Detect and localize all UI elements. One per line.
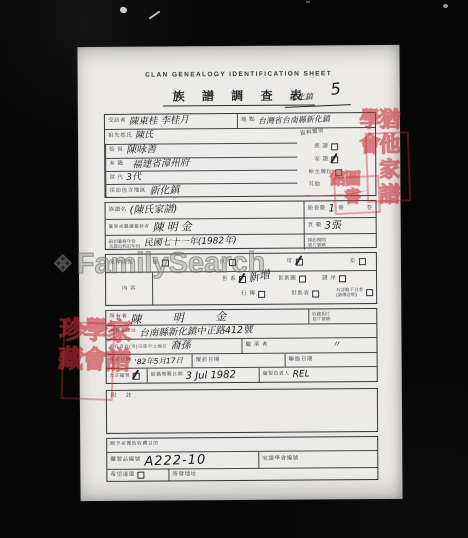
contents-table-label: 世系表: [291, 291, 309, 297]
interviewee-label: 受訪者: [108, 119, 126, 125]
first-ancestor-value: 陳咏善: [126, 145, 156, 156]
location-value: 台灣省台南縣新化鎮: [258, 115, 330, 125]
material-type-label: 資料類別: [300, 129, 325, 138]
return-request-label: 希望退還: [110, 472, 134, 478]
filmer-cell: 攝製負責人 REL: [259, 367, 377, 383]
film-note-cell: 採訪期間 底片號碼: [304, 234, 376, 250]
film-id-value: A222-10: [144, 453, 206, 468]
interviewee-value: 陳東桂 李桂月: [129, 116, 189, 127]
contents-preface-label: 譜 序: [322, 276, 336, 282]
purpose-label: 贈予並獲致收藏目的: [110, 443, 159, 448]
document-paper: CLAN GENEALOGY IDENTIFICATION SHEET 族 譜 …: [77, 45, 402, 501]
pages-label: 頁 數: [308, 223, 322, 229]
contents-variant-checkbox: [366, 289, 373, 296]
owner-address-cell: 所有者住址 台南縣新化鎮中正路412號: [106, 324, 376, 339]
right-lower-red-seal: 圖書館: [328, 170, 358, 212]
material-option-zupu-checkbox: [331, 143, 338, 150]
film-id-label: 攝製品編號: [110, 458, 141, 464]
revisit-date-cell: 覆訪日期: [192, 354, 285, 368]
interview-date-value: '82年5月17日: [134, 357, 183, 366]
generations-label: 世 代: [109, 175, 123, 181]
area-row: 採訪包含地區 新化鎮: [105, 183, 297, 198]
microfilm-date-cell: 縮攝複覈日期 3 Jul 1982: [147, 368, 259, 384]
surname-row: 祖先姓氏 陳氏: [105, 129, 297, 144]
owner-name-cell: 所有者 陳 明 金: [106, 310, 308, 325]
contents-chart-checkbox: [299, 276, 306, 283]
contents-biography-checkbox: [258, 291, 265, 298]
footer-table: 贈予並獲致收藏目的 攝製品編號 A222-10 家譜學會編號 希望退還 寄發地: [106, 436, 378, 482]
left-red-seal: 家譜學會珍藏: [55, 316, 129, 404]
document-title: 族 譜 調 查 表: [78, 86, 400, 107]
document-english-title: CLAN GENEALOGY IDENTIFICATION SHEET: [78, 70, 400, 79]
contents-label: 內 容: [122, 286, 136, 292]
mailing-address-cell: 寄發地址: [168, 468, 377, 480]
genealogy-title-label: 族譜名: [109, 208, 127, 214]
location-cell: 地 點 台灣省台南縣新化鎮: [237, 113, 375, 128]
owner-info-table: 所有者 陳 明 金 收藏相片 底片號碼 所有者住址 台南縣新化鎮中正路412號: [105, 308, 378, 384]
familysearch-watermark: ❖FamilySearch: [53, 247, 266, 281]
scan-artifact: [306, 1, 310, 3]
surname-value: 陳氏: [135, 132, 153, 142]
compiler-cell: 纂修或繼續纂修者 陳明金: [106, 219, 304, 235]
return-request-cell: 希望退還: [107, 470, 168, 481]
purpose-cell: 贈予並獲致收藏目的: [107, 437, 377, 452]
return-request-checkbox: [138, 472, 145, 479]
familysearch-logo-icon: ❖: [53, 251, 73, 276]
owner-name-value: 陳 明 金: [130, 310, 240, 325]
condition-poor-label: 差: [350, 259, 356, 265]
contents-preface-checkbox: [339, 275, 346, 282]
origin-label: 本 籍: [109, 162, 123, 168]
compiler-label: 纂修或繼續纂修者: [109, 225, 150, 230]
filmer-value: REL: [293, 370, 310, 380]
heir-label: 繼 承 者: [245, 343, 268, 349]
society-id-cell: 家譜學會編號: [258, 451, 377, 468]
condition-poor-checkbox: [359, 258, 366, 265]
first-ancestor-label: 始 祖: [109, 148, 123, 154]
heir-value: 〃: [331, 341, 340, 350]
volumes-label: 冊卷數: [308, 207, 326, 213]
generations-value: 3代: [127, 173, 142, 182]
owner-photo-cell: 收藏相片 底片號碼: [308, 309, 376, 323]
material-option-jiapu-label: 家 譜: [314, 157, 328, 163]
contents-variant-label-line2: (請備註明): [336, 292, 363, 297]
scan-artifact: [149, 10, 161, 19]
microfilm-date-value: 3 Jul 1982: [186, 370, 237, 382]
microfilm-date-label: 縮攝複覈日期: [151, 373, 183, 378]
familysearch-watermark-text: FamilySearch: [77, 247, 266, 280]
pages-cell: 頁 數 3張: [304, 218, 376, 234]
compiler-value: 陳明金: [152, 221, 194, 233]
location-label: 地 點: [241, 118, 255, 124]
society-id-label: 家譜學會編號: [262, 457, 299, 463]
owner-photo-label-line2: 底片號碼: [312, 316, 330, 321]
right-red-seal: 猶他家譜學會: [358, 108, 398, 208]
mailing-address-label: 寄發地址: [172, 472, 196, 478]
interviewee-cell: 受訪者 陳東桂 李桂月: [105, 114, 237, 129]
contact-date-cell: 聯絡日期: [285, 353, 377, 367]
genealogy-title-value: (陳氏家譜): [130, 205, 178, 217]
condition-ok-label: 可: [287, 259, 293, 265]
area-value: 新化鎮: [149, 186, 179, 197]
contents-table-checkbox: [312, 290, 319, 297]
owner-position-value: 裔孫: [170, 341, 190, 352]
contents-chart-label: 世系圖: [278, 276, 296, 282]
contents-biography-label: 行 傳: [241, 292, 255, 298]
first-ancestor-row: 始 祖 陳咏善: [105, 142, 297, 157]
film-id-cell: 攝製品編號 A222-10: [107, 452, 258, 469]
pages-value: 3張: [325, 221, 342, 232]
scan-artifact: [119, 6, 128, 14]
area-label: 採訪包含地區: [109, 188, 146, 194]
revisit-date-label: 覆訪日期: [196, 358, 220, 364]
owner-address-value: 台南縣新化鎮中正路412號: [139, 325, 252, 338]
scanned-photo-background: CLAN GENEALOGY IDENTIFICATION SHEET 族 譜 …: [0, 0, 468, 538]
origin-value: 福建省漳州府: [132, 159, 189, 170]
heir-cell: 繼 承 者 〃: [241, 338, 376, 353]
contact-date-label: 聯絡日期: [289, 357, 313, 363]
origin-row: 本 籍 福建省漳州府: [105, 156, 297, 171]
filmer-label: 攝製負責人: [263, 373, 290, 378]
notes-box: 附 註: [106, 388, 378, 434]
material-option-other-label: 其他: [308, 182, 320, 188]
genealogy-title-cell: 族譜名 (陳氏家譜): [106, 202, 304, 219]
scan-artifact: [443, 4, 448, 8]
material-option-zupu-label: 族 譜: [314, 144, 328, 150]
film-note-label-line2: 底片號碼: [308, 242, 326, 247]
annotation-sheet-number: 5: [330, 81, 342, 98]
annotation-place: 新化鎮: [289, 93, 313, 102]
surname-label: 祖先姓氏: [108, 134, 132, 140]
